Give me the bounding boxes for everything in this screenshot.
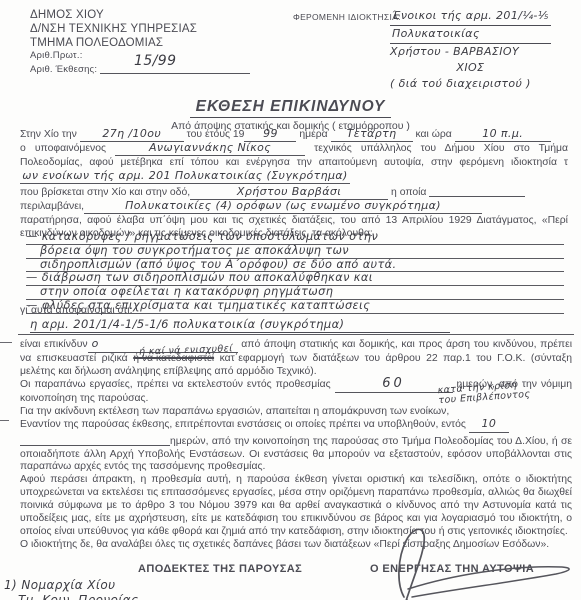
authority-line-2: Δ/ΝΣΗ ΤΕΧΝΙΚΗΣ ΥΠΗΡΕΣΙΑΣ <box>30 22 250 36</box>
ownership-line-5: ( διά τού διαχειριστού ) <box>390 76 551 92</box>
declaration-lead: γι΄αυτά αποφαίνομαι ότι: <box>20 305 568 316</box>
handwritten-findings-list: — κατακόρυφες / ρηγματώσεις των υποστυλω… <box>26 231 564 314</box>
ownership-line-3: Χρήστου - ΒΑΡΒΑΣΙΟΥ <box>390 44 551 60</box>
issuing-authority-block: ΔΗΜΟΣ ΧΙΟΥ Δ/ΝΣΗ ΤΕΧΝΙΚΗΣ ΥΠΗΡΕΣΙΑΣ ΤΜΗΜ… <box>30 8 250 76</box>
location-text-2: η οποία <box>391 187 426 198</box>
report-number-value: 15/99 <box>134 55 176 67</box>
deadline-days-blank: 60 <box>335 380 453 393</box>
report-number-label: Αριθ. Έκθεσης: <box>30 64 97 75</box>
weekday-blank: Τετάρτη <box>331 129 413 142</box>
intro-paragraphs: Στην Χίο την 27η /10ου του έτους 1999 ημ… <box>20 128 568 241</box>
street-blank: Χρήστου Βαρβάσι <box>190 187 388 200</box>
owner-value: ων ενοίκων τής αρμ. 201 Πολυκατοικίας (Σ… <box>22 169 348 182</box>
report-number-row: Αριθ. Έκθεσης: 15/99 <box>30 62 250 76</box>
scanned-document-page: ΔΗΜΟΣ ΧΙΟΥ Δ/ΝΣΗ ΤΕΧΝΙΚΗΣ ΥΠΗΡΕΣΙΑΣ ΤΜΗΜ… <box>0 0 581 600</box>
inspector-paragraph: ο υποφαινόμενος Ανωγιαννάκης Νίκος τεχνι… <box>20 142 568 184</box>
document-title: ΕΚΘΕΣΗ ΕΠΙΚΙΝΔΥΝΟΥ <box>190 98 392 118</box>
claimed-ownership-handwritten: Ένοικοι τής αρμ. 201/¼-⅕ Πολυκατοικίας Χ… <box>390 8 551 92</box>
objection-days-value: 10 <box>481 417 496 430</box>
deadline-text-1: Οι παραπάνω εργασίες, πρέπει να εκτελεστ… <box>20 379 331 390</box>
recipients-heading: ΑΠΟΔΕΚΤΕΣ ΤΗΣ ΠΑΡΟΥΣΑΣ <box>138 563 302 575</box>
inspector-name-value: Ανωγιαννάκης Νίκος <box>149 141 271 154</box>
margin-tick-1 <box>0 342 12 343</box>
recipients-handwritten: 1) Νομαρχία Χίου Τμ. Κοιν. Προνοίας <box>4 578 138 600</box>
street-value: Χρήστου Βαρβάσι <box>237 185 341 198</box>
claimed-ownership-label: ΦΕΡΟΜΕΝΗ ΙΔΙΟΚΤΗΣΙΑ: <box>293 12 401 22</box>
deadline-days-value: 60 <box>382 376 405 391</box>
date-value: 27η /10ου <box>102 127 161 140</box>
description-blank: Πολυκατοικίες (4) ορόφων (ως ενωμένο συγ… <box>84 201 482 214</box>
inspector-name-blank: Ανωγιαννάκης Νίκος <box>115 143 305 156</box>
description-value: Πολυκατοικίες (4) ορόφων (ως ενωμένο συγ… <box>125 199 441 212</box>
objection-days-blank: 10 <box>469 420 509 433</box>
declaration-block: γι΄αυτά αποφαίνομαι ότι: η αρμ. 201/1/4-… <box>20 305 568 333</box>
recipient-line-2: Τμ. Κοιν. Προνοίας <box>4 593 138 600</box>
date-line-text-3: ημέρα <box>299 129 327 140</box>
recipient-line-1: 1) Νομαρχία Χίου <box>4 578 138 593</box>
finding-line-4: — διάβρωση των σιδηροπλισμών που αποκαλύ… <box>26 272 564 286</box>
evacuation-text: Για την ακίνδυνη εκτέλεση των παραπάνω ε… <box>20 406 449 417</box>
struck-correction: ή να κατεδαφιστεί ή καί νά ενισχυθεί <box>133 353 214 366</box>
finding-line-1: — κατακόρυφες / ρηγματώσεις των υποστυλω… <box>26 231 564 245</box>
horizontal-rule <box>18 334 574 335</box>
ownership-line-1: Ένοικοι τής αρμ. 201/¼-⅕ <box>390 8 551 26</box>
finding-line-3: σιδηροπλισμών (από ύψος του Α΄ορόφου) σε… <box>26 259 564 273</box>
gender-suffix-value: ο <box>88 337 99 350</box>
signature-flourish <box>352 527 578 600</box>
date-line-text-1: Στην Χίο την <box>20 129 77 140</box>
verdict-text-1: είναι επικίνδυν <box>20 339 88 350</box>
authority-line-3: ΤΜΗΜΑ ΠΟΛΕΟΔΟΜΙΑΣ <box>30 36 250 50</box>
finding-line-2: βόρεια όψη του συγκροτήματος με αποκάλυψ… <box>26 245 564 259</box>
date-line: Στην Χίο την 27η /10ου του έτους 1999 ημ… <box>20 128 568 142</box>
owner-blank: ων ενοίκων τής αρμ. 201 Πολυκατοικίας (Σ… <box>20 171 350 184</box>
time-value: 10 π.μ. <box>482 127 523 140</box>
empty-blank-1 <box>429 184 525 197</box>
finding-line-5: στην οποία οφείλεται η κατακόρυφη ρηγμάτ… <box>26 286 564 300</box>
location-text-3: περιλαμβάνει, <box>20 201 84 212</box>
margin-tick-2 <box>0 420 9 421</box>
year-value: 99 <box>263 127 278 140</box>
objections-paragraph: Εναντίον της παρούσας έκθεσης, επιτρέπον… <box>20 419 572 475</box>
weekday-value: Τετάρτη <box>347 127 397 140</box>
verdict-paragraph: είναι επικίνδυνο από άποψη στατικής και … <box>20 339 572 379</box>
date-line-text-2: του έτους 19 <box>187 129 245 140</box>
empty-blank-2 <box>20 433 170 446</box>
time-blank: 10 π.μ. <box>455 129 551 142</box>
inspector-text-1: ο υποφαινόμενος <box>20 143 106 154</box>
report-number-line: 15/99 <box>100 62 250 74</box>
authority-line-1: ΔΗΜΟΣ ΧΙΟΥ <box>30 8 250 22</box>
location-text-1: που βρίσκεται στην Χίο και στην οδό, <box>20 187 190 198</box>
ownership-line-2: Πολυκατοικίας <box>390 26 551 44</box>
objections-text-1: Εναντίον της παρούσας έκθεσης, επιτρέπον… <box>20 419 466 430</box>
declared-property-value: η αρμ. 201/1/4-1/5-1/6 πολυκατοικία (συγ… <box>30 317 450 333</box>
verdict-paragraphs: είναι επικίνδυνο από άποψη στατικής και … <box>20 339 572 552</box>
ownership-line-4: ΧΙΟΣ <box>390 60 551 76</box>
date-line-text-4: και ώρα <box>415 129 451 140</box>
